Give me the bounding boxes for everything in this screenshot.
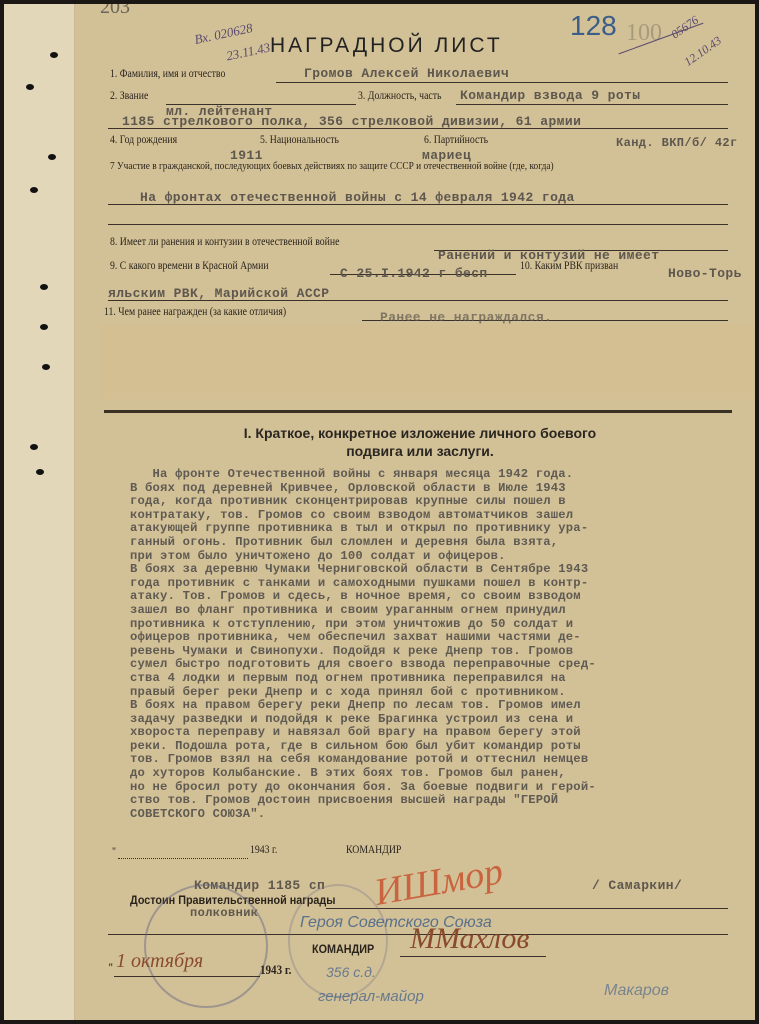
field-label-party: 6. Партийность — [424, 134, 488, 146]
binding-hole — [26, 84, 34, 90]
second-signature: ММахлов — [410, 922, 529, 956]
text-line: В боях на правом берегу реки Днепр по ле… — [130, 699, 596, 713]
field-value-name: Громов Алексей Николаевич — [304, 66, 509, 81]
section-heading-line1: I. Краткое, конкретное изложение личного… — [100, 424, 740, 442]
text-line: атаку. Тов. Громов и сдесь, в ночное вре… — [130, 590, 596, 604]
binding-hole — [42, 364, 50, 370]
field-line — [108, 224, 728, 225]
field-value-position: Командир взвода 9 роты — [460, 88, 640, 103]
name-handwritten: Макаров — [604, 982, 669, 1000]
binding-margin — [4, 4, 75, 1020]
field-label-birth-year: 4. Год рождения — [110, 134, 177, 146]
binding-hole — [40, 324, 48, 330]
binding-hole — [30, 444, 38, 450]
field-label-participation: 7 Участие в гражданской, последующих бое… — [110, 160, 554, 172]
second-commander-label: КОМАНДИР — [312, 942, 374, 956]
section-divider — [104, 410, 732, 413]
field-line — [456, 104, 728, 105]
redacted-area — [100, 324, 755, 399]
registry-number: 05676 — [668, 13, 701, 42]
date-line — [114, 976, 260, 977]
field-value-army-since: С 25.I.1942 г бесп — [340, 266, 488, 281]
field-label-name: 1. Фамилия, имя и отчество — [110, 68, 225, 80]
page-number: 203 — [100, 4, 130, 19]
field-value-previous-awards: Ранее не награждался. — [380, 310, 552, 325]
field-value-participation: На фронтах отечественной войны с 14 февр… — [140, 190, 575, 205]
field-label-previous-awards: 11. Чем ранее награжден (за какие отличи… — [104, 306, 286, 318]
first-date-year: 1943 г. — [250, 844, 277, 856]
section-heading: I. Краткое, конкретное изложение личного… — [100, 424, 740, 460]
text-line: ство тов. Громов достоин присвоения высш… — [130, 794, 596, 808]
field-label-draft-office: 10. Каким РВК призван — [520, 260, 618, 272]
narrative-text: На фронте Отечественной войны с января м… — [130, 468, 596, 821]
field-label-nationality: 5. Национальность — [260, 134, 339, 146]
division-stamp — [144, 884, 268, 1008]
first-commander-label: КОМАНДИР — [346, 844, 401, 856]
field-label-army-since: 9. С какого времени в Красной Армии — [110, 260, 269, 272]
field-value-draft-office: Ново-Торь — [668, 266, 742, 281]
field-value-draft-office-continued: яльским РВК, Марийской АССР — [108, 286, 329, 301]
binding-hole — [48, 154, 56, 160]
field-label-position: 3. Должность, часть — [358, 90, 441, 102]
text-line: На фронте Отечественной войны с января м… — [130, 468, 596, 482]
text-line: В боях за деревню Чумаки Черниговской об… — [130, 563, 596, 577]
binding-hole — [36, 469, 44, 475]
second-date-year: 1943 г. — [260, 962, 291, 978]
incoming-date: 23.11.43 — [225, 40, 272, 65]
rank-handwritten: генерал-майор — [318, 988, 424, 1005]
date-quote: " — [112, 846, 116, 858]
binding-hole — [50, 52, 58, 58]
binding-hole — [30, 187, 38, 193]
field-label-wounds: 8. Имеет ли ранения и контузии в отечест… — [110, 236, 339, 248]
binding-hole — [40, 284, 48, 290]
field-line — [276, 82, 728, 83]
text-line: хвороста переправу и навязал бой врагу н… — [130, 726, 596, 740]
registry-date: 12.10.43 — [681, 33, 724, 69]
text-line: года противник с танками и самоходными п… — [130, 577, 596, 591]
text-line: СОВЕТСКОГО СОЮЗА". — [130, 808, 596, 822]
second-date-handwritten: 1 октября — [116, 950, 203, 973]
text-line: до хуторов Колыбанские. В этих боях тов.… — [130, 767, 596, 781]
text-line: зашел во фланг противника и своим ураган… — [130, 604, 596, 618]
field-value-position-continued: 1185 стрелкового полка, 356 стрелковой д… — [122, 114, 581, 129]
red-signature: ИШмор — [371, 849, 506, 915]
field-value-party: Канд. ВКП/б/ 42г — [616, 136, 738, 150]
second-date-quote: " — [108, 962, 113, 974]
text-line: года, когда противник сконцентрировав кр… — [130, 495, 596, 509]
text-line: В боях под деревней Кривчее, Орловской о… — [130, 482, 596, 496]
text-line: контратаку, тов. Громов со своим взводом… — [130, 509, 596, 523]
text-line: сумел быстро подготовить для своего взво… — [130, 658, 596, 672]
section-heading-line2: подвига или заслуги. — [100, 442, 740, 460]
field-line — [326, 908, 728, 909]
award-sheet: 203 Вх. 020628 23.11.43 НАГРАДНОЙ ЛИСТ 1… — [4, 4, 755, 1020]
text-line: офицеров противника, чем обеспечил захва… — [130, 631, 596, 645]
faded-stamp — [288, 884, 388, 998]
signer-name: / Самаркин/ — [592, 878, 682, 893]
field-line — [400, 956, 546, 957]
field-label-rank: 2. Звание — [110, 90, 148, 102]
text-line: ганный огонь. Противник был сломлен и де… — [130, 536, 596, 550]
text-line: ства 4 лодки и первым под огнем противни… — [130, 672, 596, 686]
text-line: атакующей группе противника в тыл и откр… — [130, 522, 596, 536]
blue-number: 128 — [570, 10, 617, 42]
document-title: НАГРАДНОЙ ЛИСТ — [270, 34, 503, 58]
date-line — [118, 858, 248, 859]
division-handwritten: 356 с.д. — [326, 964, 376, 980]
